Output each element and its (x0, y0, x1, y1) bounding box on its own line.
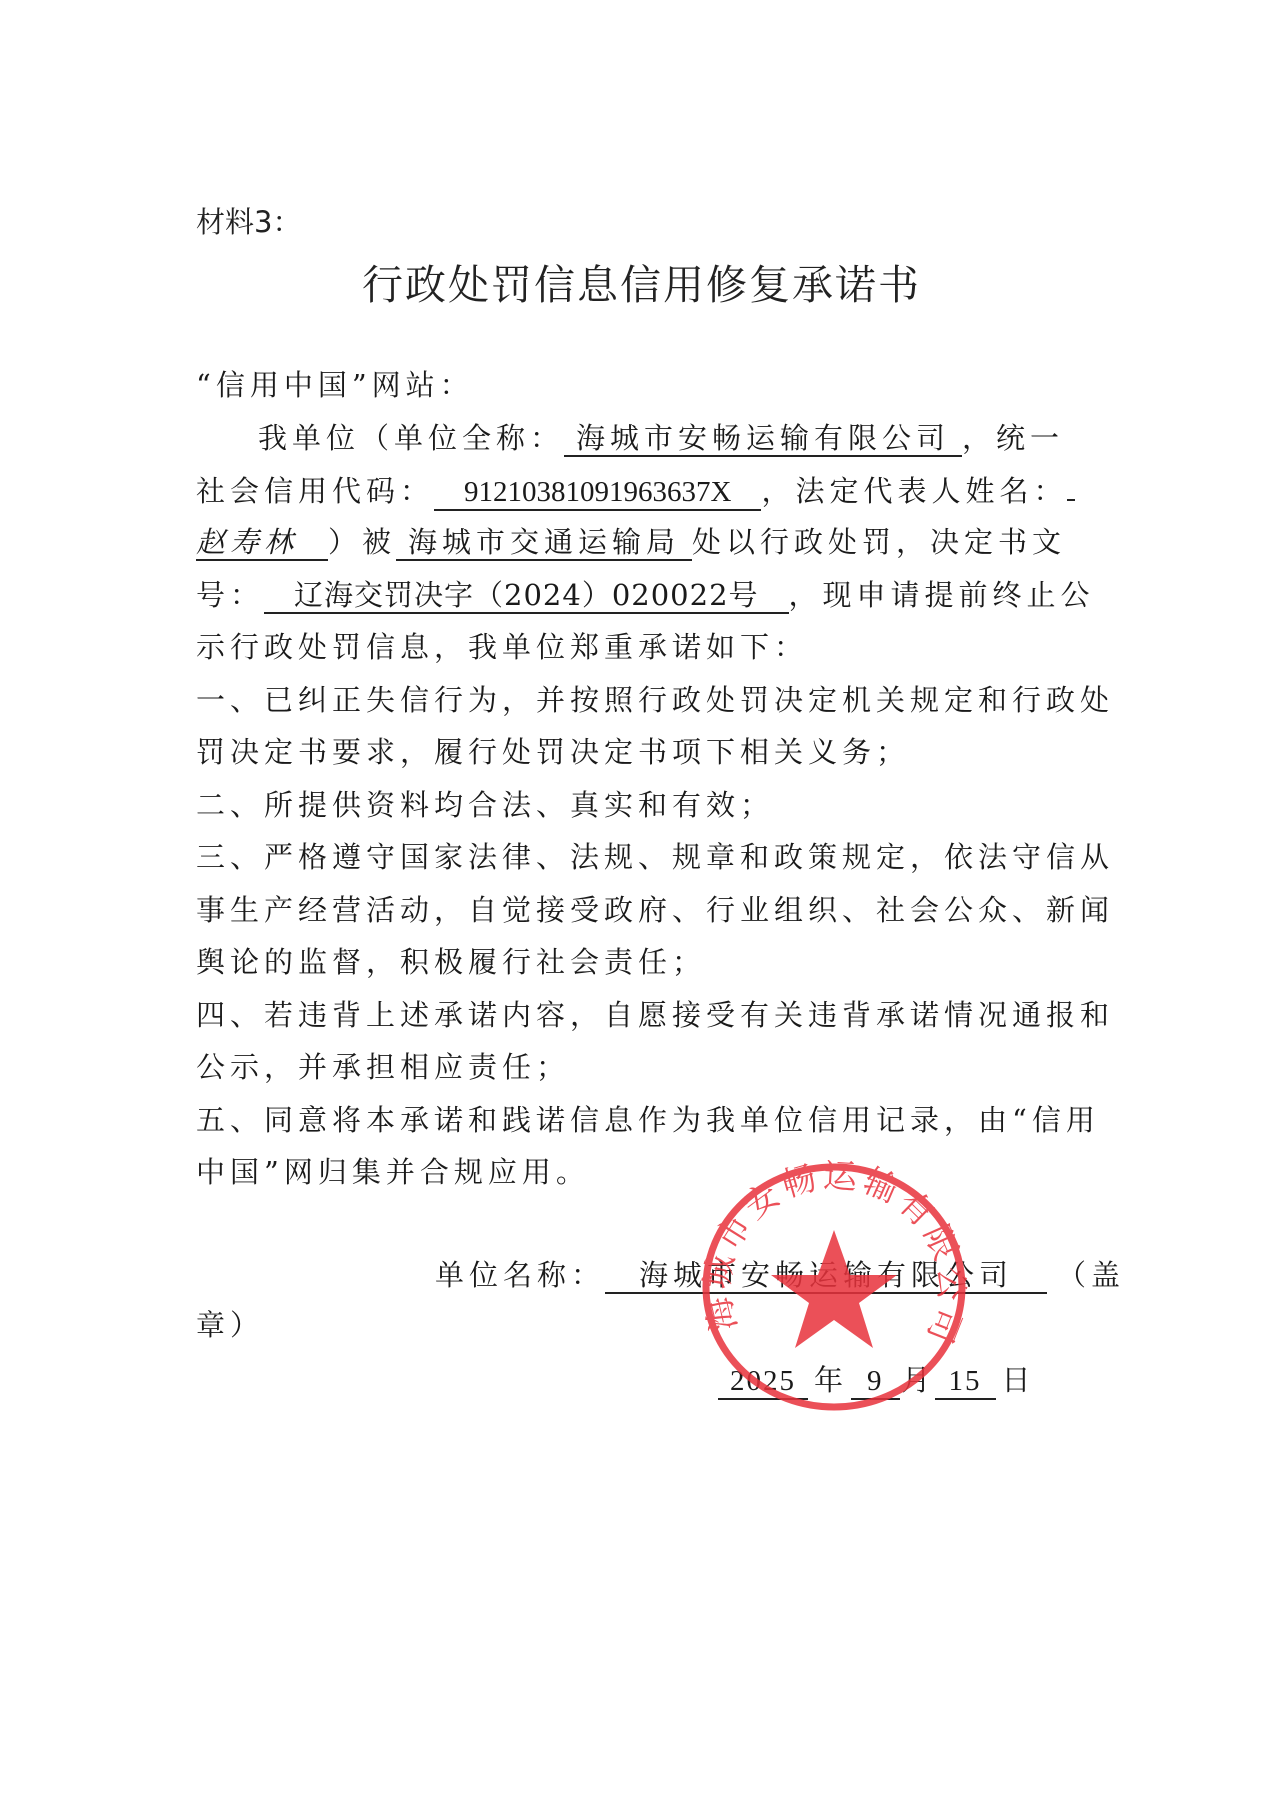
commitment-3-line-1: 三、严格遵守国家法律、法规、规章和政策规定，依法守信从 (196, 837, 1114, 877)
commitment-3-line-2: 事生产经营活动，自觉接受政府、行业组织、社会公众、新闻 (196, 890, 1114, 930)
authority-field: 海城市交通运输局 (396, 525, 692, 561)
company-name-field: 海城市安畅运输有限公司 (564, 421, 962, 457)
commitment-3-line-3: 舆论的监督，积极履行社会责任； (196, 942, 706, 982)
commitment-2: 二、所提供资料均合法、真实和有效； (196, 785, 774, 825)
intro-line-1: 我单位（单位全称：海城市安畅运输有限公司，统一 (258, 418, 1064, 458)
commitment-1-line-2: 罚决定书要求，履行处罚决定书项下相关义务； (196, 732, 910, 772)
intro-line-2: 社会信用代码：91210381091963637X，法定代表人姓名： (196, 471, 1075, 511)
date-month: 9 (851, 1364, 900, 1400)
credit-code-field: 91210381091963637X (434, 475, 761, 511)
intro-line-5: 示行政处罚信息，我单位郑重承诺如下： (196, 627, 808, 667)
commitment-4-line-1: 四、若违背上述承诺内容，自愿接受有关违背承诺情况通报和 (196, 995, 1114, 1035)
signature-date: 2025年9月15日 (718, 1360, 1033, 1401)
document-page: 材料3： 行政处罚信息信用修复承诺书 “信用中国”网站： 我单位（单位全称：海城… (0, 0, 1279, 1810)
commitment-5-line-1: 五、同意将本承诺和践诺信息作为我单位信用记录，由“信用 (196, 1100, 1100, 1140)
signature-name-line: 单位名称：海城市安畅运输有限公司（盖 (435, 1255, 1125, 1295)
material-label: 材料3： (196, 200, 301, 241)
date-year: 2025 (718, 1364, 808, 1400)
decision-number-field: 辽海交罚决字（2024）020022号 (264, 578, 789, 614)
commitment-4-line-2: 公示，并承担相应责任； (196, 1047, 570, 1087)
signature-company-name: 海城市安畅运输有限公司 (605, 1258, 1047, 1294)
legal-rep-field: 赵寿林 (196, 525, 328, 561)
document-title: 行政处罚信息信用修复承诺书 (362, 252, 921, 311)
date-day: 15 (935, 1364, 996, 1400)
intro-line-3: 赵寿林）被海城市交通运输局处以行政处罚，决定书文 (196, 522, 1066, 562)
intro-line-4: 号：辽海交罚决字（2024）020022号，现申请提前终止公 (196, 575, 1095, 615)
seal-note-continued: 章） (196, 1305, 264, 1345)
commitment-1-line-1: 一、已纠正失信行为，并按照行政处罚决定机关规定和行政处 (196, 680, 1114, 720)
salutation: “信用中国”网站： (196, 365, 474, 405)
commitment-5-line-2: 中国”网归集并合规应用。 (196, 1152, 590, 1192)
